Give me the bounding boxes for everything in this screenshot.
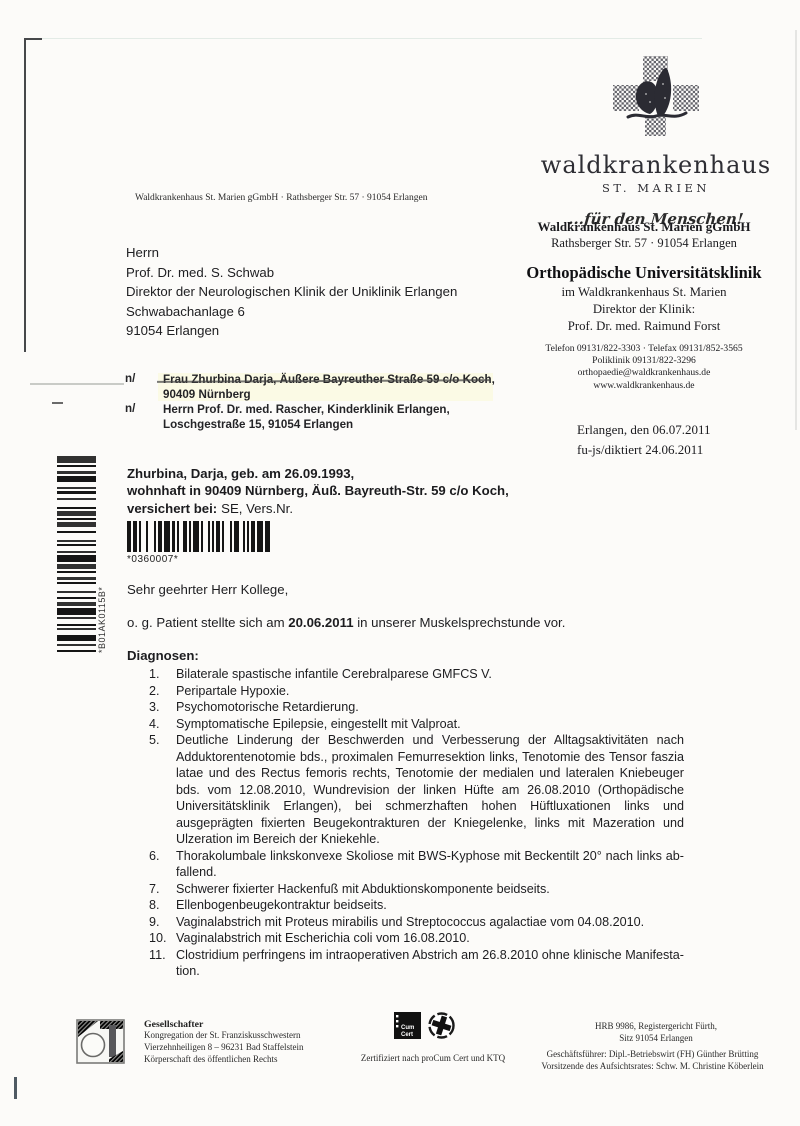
recipient-line: Schwabachanlage 6: [126, 302, 457, 322]
diagnosis-item: 7.Schwerer fixierter Hackenfuß mit Abduk…: [127, 881, 684, 898]
intro-post: in unserer Muskelsprechstunde vor.: [354, 615, 566, 630]
diagnosis-text: Schwerer fixierter Hackenfuß mit Abdukti…: [176, 881, 684, 898]
patient-barcode-label: *0360007*: [127, 554, 178, 565]
shareholder-line: Kongregation der St. Franziskusschwester…: [144, 1030, 304, 1042]
diagnosis-text: Ellenbogenbeugekontraktur beidseits.: [176, 897, 684, 914]
hospital-wordmark: waldkrankenhaus: [536, 151, 776, 179]
salutation: Sehr geehrter Herr Kollege,: [127, 582, 288, 597]
diagnosis-item: 6.Thorakolumbale linkskonvexe Skoliose m…: [127, 848, 684, 881]
patient-barcode: [127, 521, 270, 552]
patient-address-line: wohnhaft in 90409 Nürnberg, Äuß. Bayreut…: [127, 482, 509, 499]
cc-line: Herrn Prof. Dr. med. Rascher, Kinderklin…: [163, 402, 450, 417]
cc-prefix: n/: [125, 372, 135, 385]
diagnosis-item: 5.Deutliche Linderung der Beschwerden un…: [127, 732, 684, 848]
hospital-logo-block: waldkrankenhaus ST. MARIEN ...für den Me…: [536, 54, 776, 228]
management-info-block: Geschäftsführer: Dipl.-Betriebswirt (FH)…: [505, 1049, 800, 1072]
certification-caption: Zertifiziert nach proCum Cert und KTQ: [337, 1053, 529, 1063]
cc-line: Loschgestraße 15, 91054 Erlangen: [163, 417, 450, 432]
diagnosis-item: 10.Vaginalabstrich mit Escherichia coli …: [127, 930, 684, 947]
diagnosis-item: 8.Ellenbogenbeugekontraktur beidseits.: [127, 897, 684, 914]
diagnosis-text: Deutliche Linderung der Beschwerden und …: [176, 732, 684, 848]
diagnosis-number: 2.: [127, 683, 176, 700]
diagnosis-item: 11.Clostridium perfringens im intraopera…: [127, 947, 684, 980]
clinic-policlinic-line: Poliklinik 09131/822-3296: [516, 355, 772, 367]
diagnosis-text: Clostridium perfringens im intraoperativ…: [176, 947, 684, 980]
clinic-org-address: Rathsberger Str. 57 · 91054 Erlangen: [516, 236, 772, 251]
sender-return-address: Waldkrankenhaus St. Marien gGmbH · Raths…: [135, 193, 427, 203]
insured-value: SE, Vers.Nr.: [221, 501, 293, 516]
scan-artifact-corner: [24, 38, 42, 40]
diagnosis-text: Symptomatische Epilepsie, eingestellt mi…: [176, 716, 684, 733]
diagnosis-item: 4.Symptomatische Epilepsie, eingestellt …: [127, 716, 684, 733]
clinic-org-name: Waldkrankenhaus St. Marien gGmbH: [516, 219, 772, 235]
patient-name-line: Zhurbina, Darja, geb. am 26.09.1993,: [127, 465, 509, 482]
svg-text:Cum: Cum: [401, 1025, 414, 1031]
diagnosis-text: Bilaterale spastische infantile Cerebral…: [176, 666, 684, 683]
scan-artifact-bottom-tick: [14, 1077, 17, 1099]
clinic-contact-block: Telefon 09131/822-3303 · Telefax 09131/8…: [516, 343, 772, 392]
diagnosis-number: 3.: [127, 699, 176, 716]
date-block: Erlangen, den 06.07.2011 fu-js/diktiert …: [577, 420, 710, 460]
recipient-line: Direktor der Neurologischen Klinik der U…: [126, 282, 457, 302]
management-line: Geschäftsführer: Dipl.-Betriebswirt (FH)…: [505, 1049, 800, 1061]
patient-insurance-line: versichert bei:SE, Vers.Nr.: [127, 500, 509, 517]
diagnosis-text: Vaginalabstrich mit Proteus mirabilis un…: [176, 914, 684, 931]
svg-text:Cert: Cert: [401, 1032, 413, 1038]
hospital-subtitle: ST. MARIEN: [536, 181, 776, 195]
hospital-cross-trees-icon: [610, 54, 702, 146]
clinic-director-name: Prof. Dr. med. Raimund Forst: [516, 319, 772, 334]
strikethrough-lead-mark: [30, 383, 124, 385]
scan-artifact-page-edge: [24, 38, 26, 352]
diagnosis-item: 9.Vaginalabstrich mit Proteus mirabilis …: [127, 914, 684, 931]
diagnosis-number: 5.: [127, 732, 176, 848]
certification-logos: Cum Cert: [394, 1011, 456, 1040]
clinic-website: www.waldkrankenhaus.de: [516, 380, 772, 392]
shareholder-emblem-icon: [76, 1019, 125, 1069]
scanned-letter-page: waldkrankenhaus ST. MARIEN ...für den Me…: [0, 0, 800, 1126]
shareholder-line: Körperschaft des öffentlichen Rechts: [144, 1054, 304, 1066]
recipient-address: Herrn Prof. Dr. med. S. Schwab Direktor …: [126, 243, 457, 341]
cc-line: 90409 Nürnberg: [163, 387, 495, 402]
cc-entry: Herrn Prof. Dr. med. Rascher, Kinderklin…: [163, 402, 450, 432]
intro-pre: o. g. Patient stellte sich am: [127, 615, 288, 630]
shareholder-title: Gesellschafter: [144, 1019, 304, 1030]
diagnosis-number: 4.: [127, 716, 176, 733]
cc-line: Frau Zhurbina Darja, Äußere Bayreuther S…: [163, 372, 495, 387]
recipient-line: Prof. Dr. med. S. Schwab: [126, 263, 457, 283]
insured-label: versichert bei:: [127, 501, 217, 516]
shareholder-block: Gesellschafter Kongregation der St. Fran…: [144, 1019, 304, 1065]
dictation-line: fu-js/diktiert 24.06.2011: [577, 440, 710, 460]
diagnoses-list: 1.Bilaterale spastische infantile Cerebr…: [127, 666, 684, 980]
clinic-phone-line: Telefon 09131/822-3303 · Telefax 09131/8…: [516, 343, 772, 355]
clinic-director-label: Direktor der Klinik:: [516, 302, 772, 317]
register-info-block: HRB 9986, Registergericht Fürth, Sitz 91…: [520, 1021, 792, 1044]
side-barcode-label: *B01AK0115B*: [97, 461, 107, 653]
diagnosis-text: Peripartale Hypoxie.: [176, 683, 684, 700]
side-barcode: [57, 456, 96, 653]
recipient-line: Herrn: [126, 243, 457, 263]
procum-cert-icon: Cum Cert: [394, 1012, 421, 1039]
register-line: Sitz 91054 Erlangen: [520, 1033, 792, 1045]
diagnosis-text: Psychomotorische Retardierung.: [176, 699, 684, 716]
management-line: Vorsitzende des Aufsichtsrates: Schw. M.…: [505, 1061, 800, 1073]
diagnosis-item: 2.Peripartale Hypoxie.: [127, 683, 684, 700]
diagnosis-number: 1.: [127, 666, 176, 683]
diagnosis-item: 1.Bilaterale spastische infantile Cerebr…: [127, 666, 684, 683]
clinic-name: Orthopädische Universitätsklinik: [516, 263, 772, 283]
diagnosis-text: Vaginalabstrich mit Escherichia coli vom…: [176, 930, 684, 947]
shareholder-line: Vierzehnheiligen 8 – 96231 Bad Staffelst…: [144, 1042, 304, 1054]
diagnosis-number: 6.: [127, 848, 176, 881]
diagnosis-number: 8.: [127, 897, 176, 914]
intro-date: 20.06.2011: [288, 615, 353, 630]
diagnosis-number: 10.: [127, 930, 176, 947]
scan-artifact-faint-line: [42, 38, 702, 39]
ktq-icon: [427, 1011, 456, 1040]
patient-info-block: Zhurbina, Darja, geb. am 26.09.1993, woh…: [127, 465, 509, 517]
place-date-line: Erlangen, den 06.07.2011: [577, 420, 710, 440]
recipient-line: 91054 Erlangen: [126, 321, 457, 341]
diagnosis-text: Thorakolumbale linkskonvexe Skoliose mit…: [176, 848, 684, 881]
register-line: HRB 9986, Registergericht Fürth,: [520, 1021, 792, 1033]
cc-prefix: n/: [125, 402, 135, 415]
cc-entry: Frau Zhurbina Darja, Äußere Bayreuther S…: [163, 372, 495, 402]
clinic-info-column: Waldkrankenhaus St. Marien gGmbH Rathsbe…: [516, 219, 772, 392]
scan-artifact-right-edge: [795, 30, 797, 430]
diagnosis-number: 11.: [127, 947, 176, 980]
clinic-email: orthopaedie@waldkrankenhaus.de: [516, 367, 772, 379]
diagnosis-number: 9.: [127, 914, 176, 931]
diagnosis-item: 3.Psychomotorische Retardierung.: [127, 699, 684, 716]
diagnosis-number: 7.: [127, 881, 176, 898]
intro-sentence: o. g. Patient stellte sich am 20.06.2011…: [127, 615, 565, 630]
clinic-subline: im Waldkrankenhaus St. Marien: [516, 285, 772, 300]
diagnoses-heading: Diagnosen:: [127, 648, 199, 663]
scan-artifact-dash: [52, 402, 63, 404]
